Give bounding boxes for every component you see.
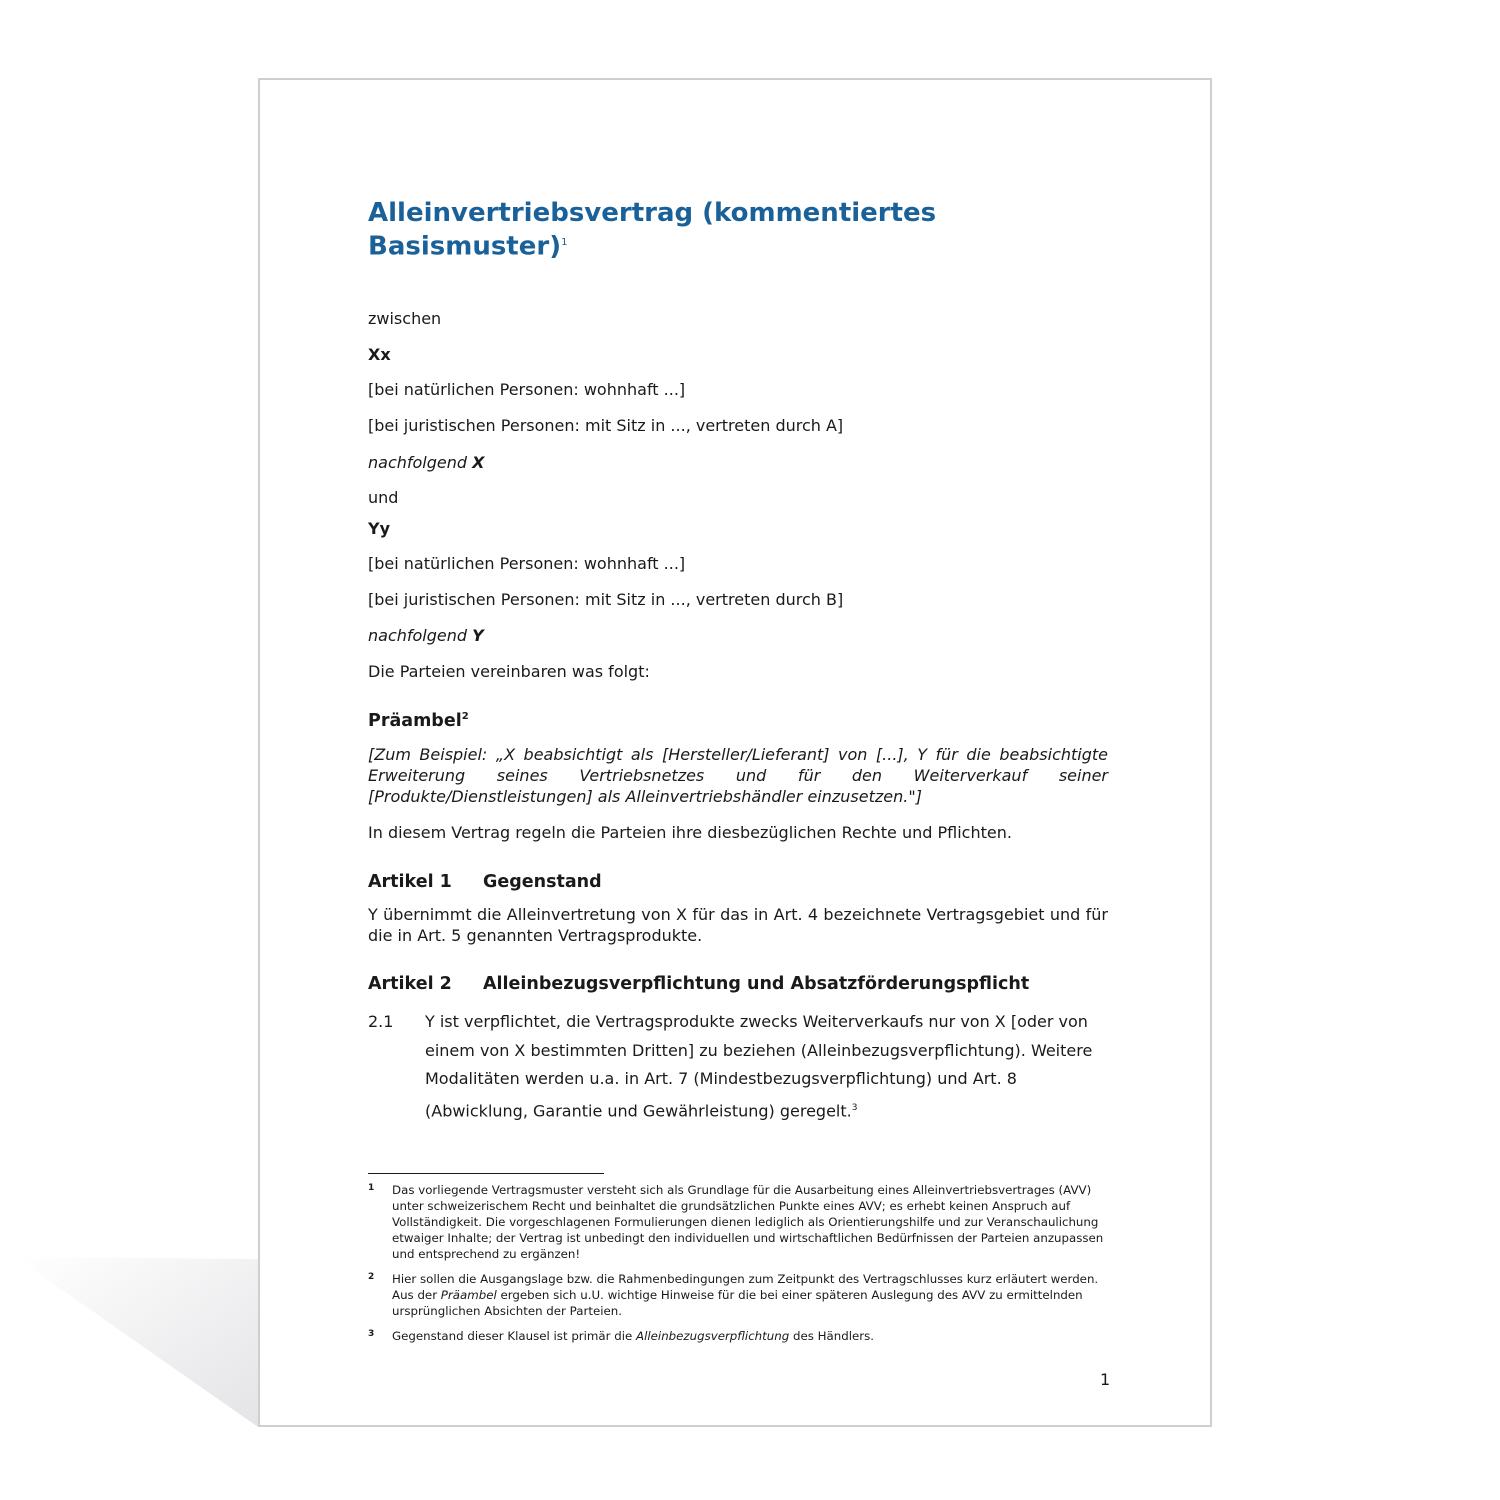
footnote-2: 2 Hier sollen die Ausgangslage bzw. die … <box>368 1271 1108 1319</box>
footnote-separator <box>368 1173 604 1174</box>
and-label: und <box>368 488 398 507</box>
preamble-example: [Zum Beispiel: „X beabsichtigt als [Hers… <box>368 744 1108 807</box>
party-y-natural: [bei natürlichen Personen: wohnhaft ...] <box>368 554 685 573</box>
article-2-heading: Artikel 2Alleinbezugsverpflichtung und A… <box>368 974 1029 994</box>
footnote-ref[interactable]: 2 <box>462 711 469 722</box>
footnote-ref[interactable]: 1 <box>561 237 567 248</box>
footnote-1: 1 Das vorliegende Vertragsmuster versteh… <box>368 1182 1108 1262</box>
party-y-alias: nachfolgend Y <box>368 626 484 645</box>
clause-2-1: 2.1 Y ist verpflichtet, die Vertragsprod… <box>368 1008 1108 1125</box>
page-number: 1 <box>1100 1370 1110 1389</box>
document-title: Alleinvertriebsvertrag (kommentiertes Ba… <box>368 198 1008 262</box>
party-x-natural: [bei natürlichen Personen: wohnhaft ...] <box>368 380 685 399</box>
party-y-name: Yy <box>368 519 390 538</box>
party-y-legal: [bei juristischen Personen: mit Sitz in … <box>368 590 843 609</box>
article-1-heading: Artikel 1Gegenstand <box>368 872 602 892</box>
document-page: Alleinvertriebsvertrag (kommentiertes Ba… <box>258 78 1212 1427</box>
party-x-alias: nachfolgend X <box>368 453 484 472</box>
between-label: zwischen <box>368 309 441 328</box>
party-x-legal: [bei juristischen Personen: mit Sitz in … <box>368 416 843 435</box>
agreement-intro: Die Parteien vereinbaren was folgt: <box>368 662 650 681</box>
article-1-text: Y übernimmt die Alleinvertretung von X f… <box>368 904 1108 946</box>
footnote-ref[interactable]: 3 <box>852 1103 858 1113</box>
preamble-statement: In diesem Vertrag regeln die Parteien ih… <box>368 822 1108 843</box>
preamble-heading: Präambel2 <box>368 711 469 731</box>
party-x-name: Xx <box>368 345 391 364</box>
footnote-3: 3 Gegenstand dieser Klausel ist primär d… <box>368 1328 1108 1344</box>
